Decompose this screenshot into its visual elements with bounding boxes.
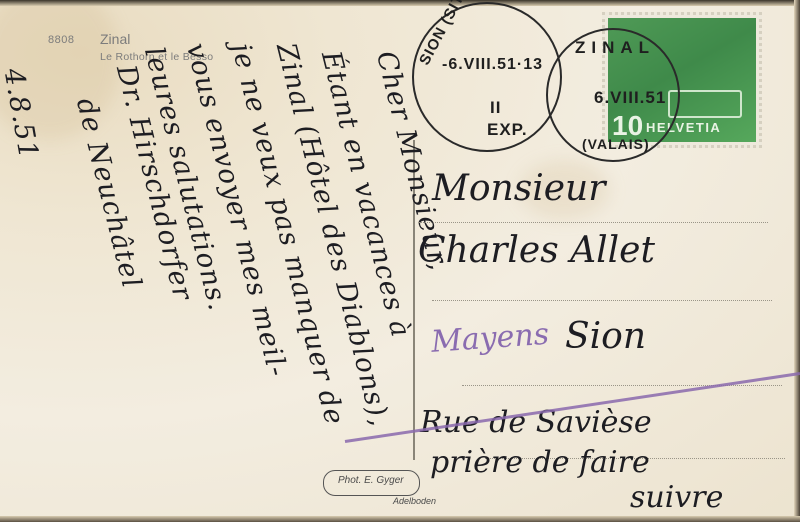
card-place-title: Zinal bbox=[100, 31, 130, 47]
postmark-office: II bbox=[490, 98, 501, 118]
postmark-type: EXP. bbox=[487, 120, 528, 140]
card-edge bbox=[0, 516, 800, 522]
postmark-date: -6.VIII.51·13 bbox=[442, 56, 543, 74]
address-forward-note: prière de faire bbox=[430, 445, 650, 480]
address-dotted-line bbox=[462, 385, 782, 386]
address-city: Sion bbox=[565, 316, 646, 357]
address-forward-note: suivre bbox=[630, 480, 723, 515]
postmark-region: (VALAIS) bbox=[582, 136, 650, 152]
card-serial-number: 8808 bbox=[48, 34, 74, 46]
postmark-town: ZINAL bbox=[575, 38, 655, 58]
postcard: 8808 Zinal Le Rothorn et le Besso 4.8.51… bbox=[0, 0, 800, 522]
postmark-date: 6.VIII.51 bbox=[594, 88, 666, 108]
photographer-name: Phot. E. Gyger bbox=[338, 475, 404, 486]
card-edge bbox=[794, 0, 800, 522]
address-annotation: Mayens bbox=[430, 317, 550, 360]
photographer-town: Adelboden bbox=[393, 496, 436, 506]
address-salutation: Monsieur bbox=[432, 168, 605, 209]
address-dotted-line bbox=[418, 222, 768, 223]
address-dotted-line bbox=[432, 300, 772, 301]
card-edge bbox=[0, 0, 800, 6]
address-name: Charles Allet bbox=[418, 230, 655, 271]
